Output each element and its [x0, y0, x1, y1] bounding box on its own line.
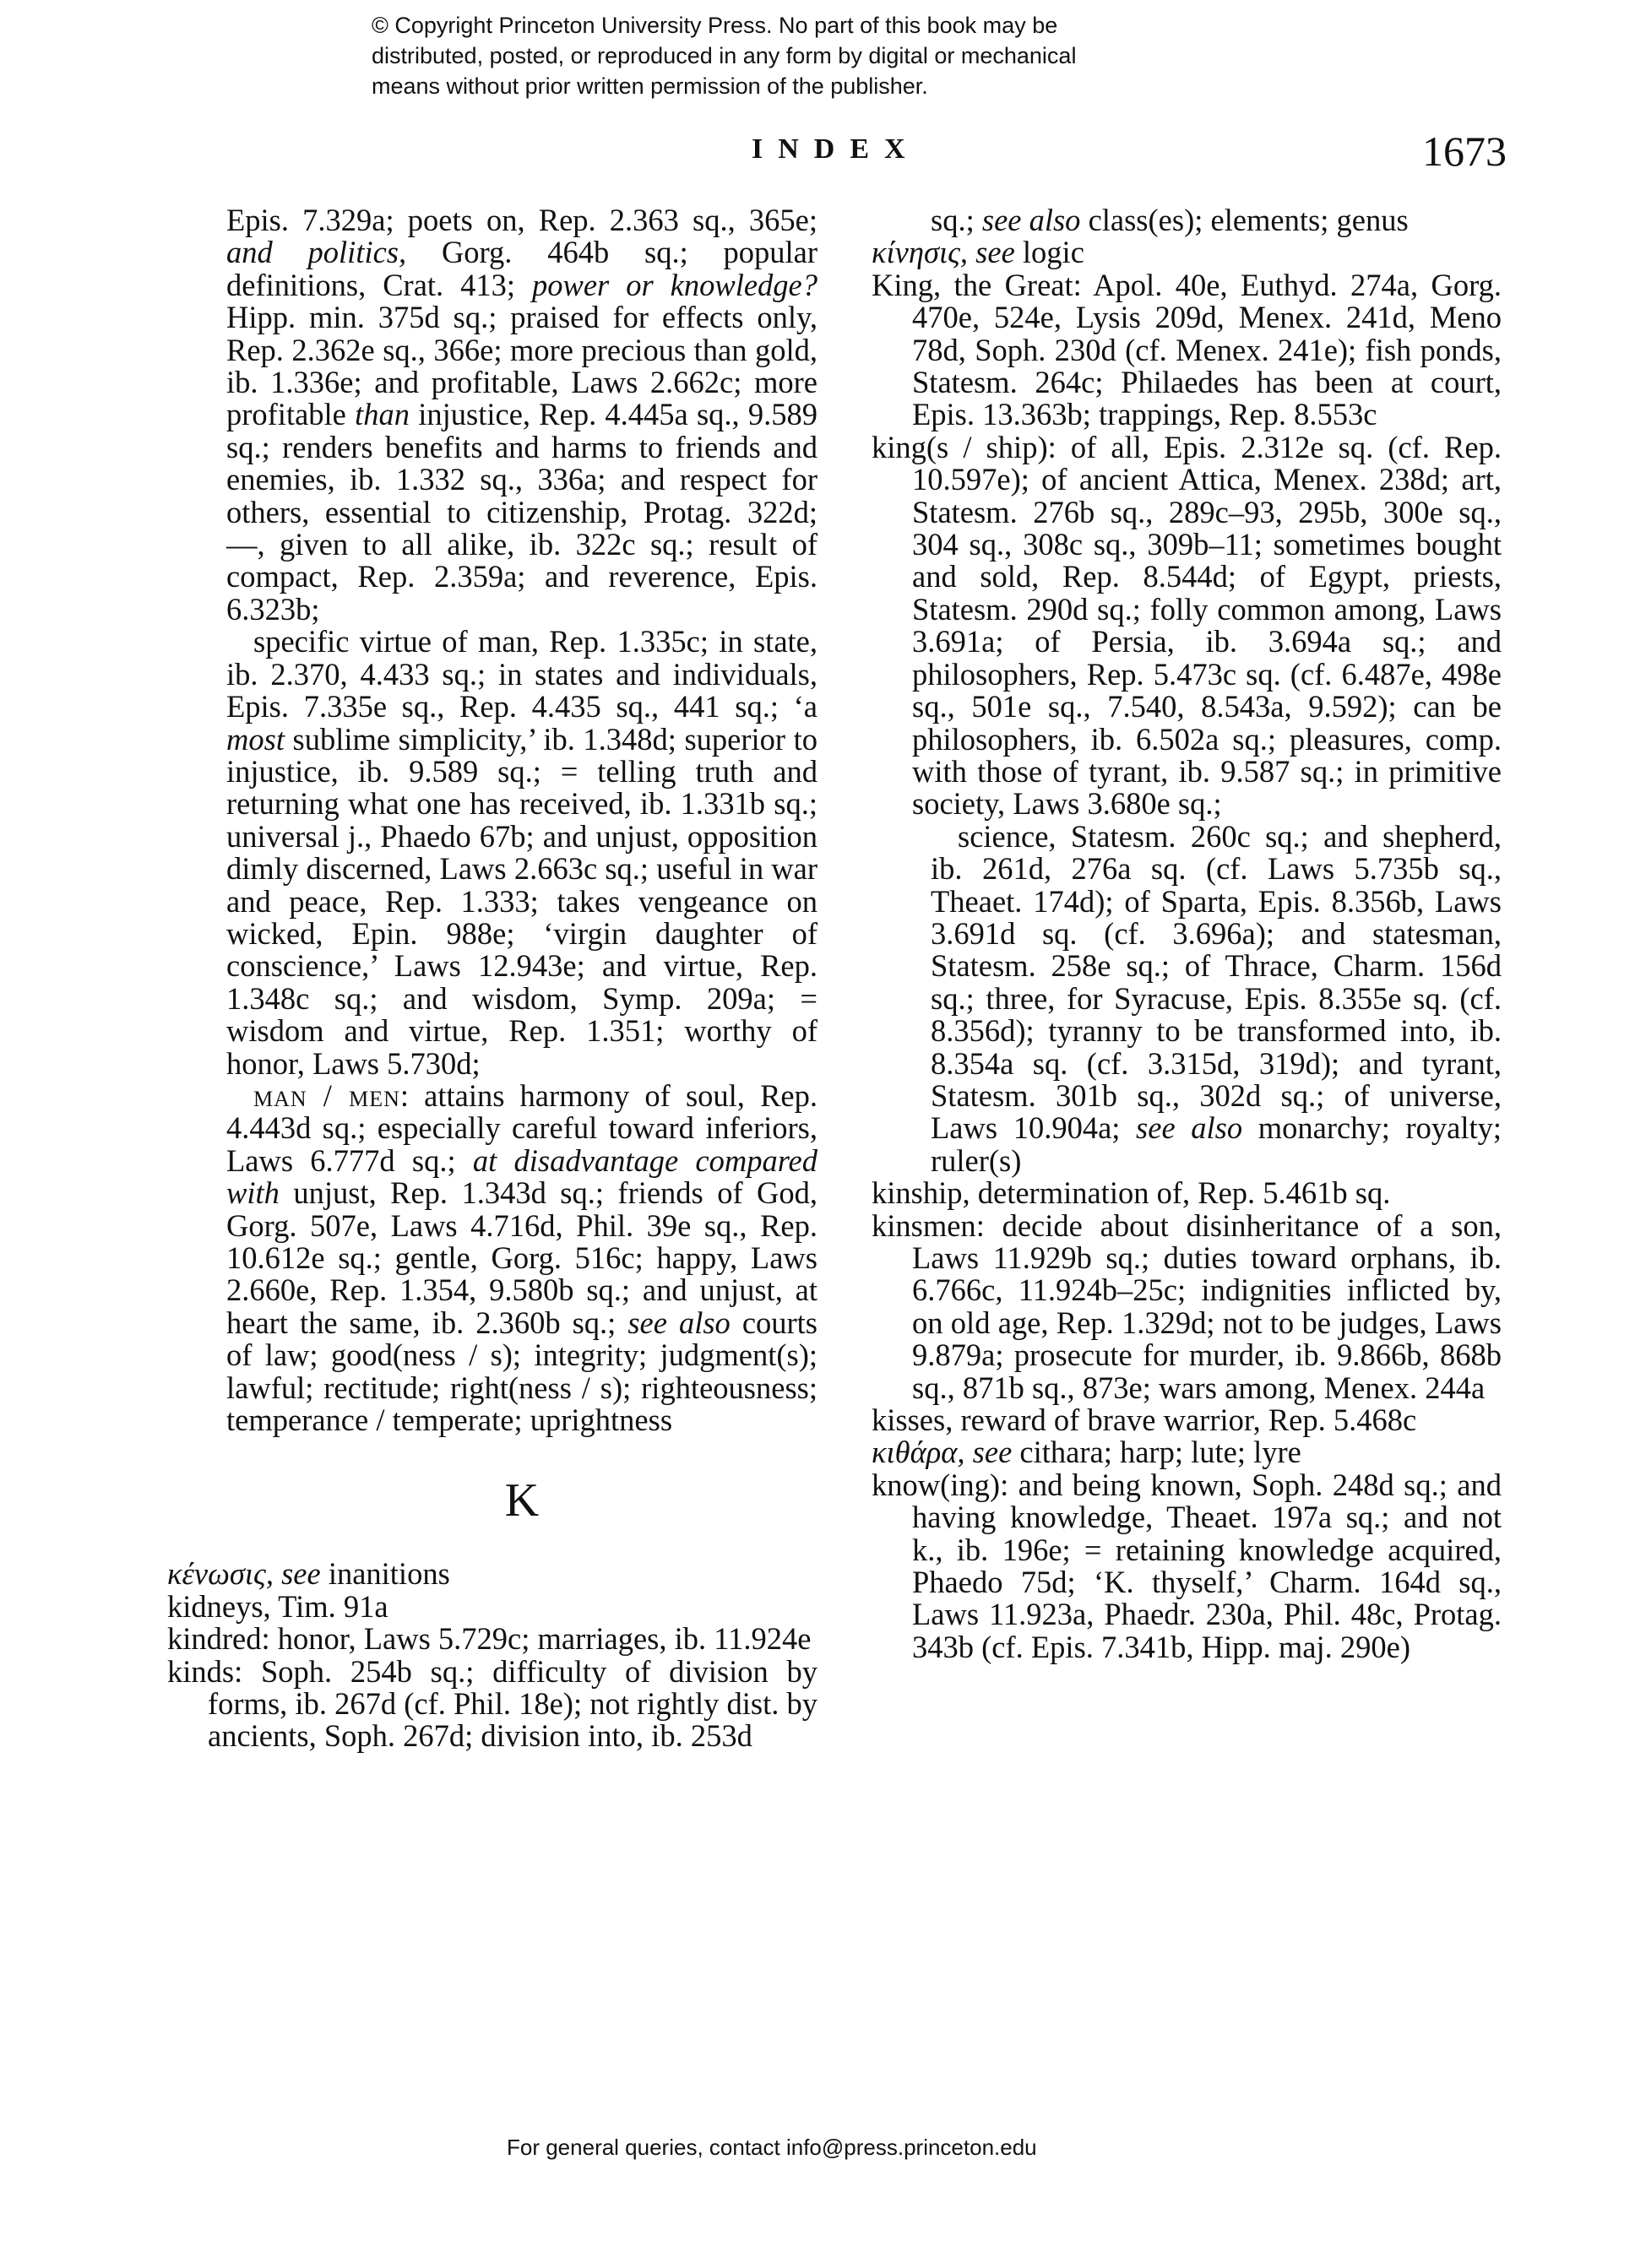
entry-text: cithara; harp; lute; lyre [1012, 1435, 1301, 1469]
index-entry: King, the Great: Apol. 40e, Euthyd. 274a… [872, 269, 1502, 431]
entry-headword: kidneys [167, 1589, 263, 1624]
index-entry: king(s / ship): of all, Epis. 2.312e sq.… [872, 431, 1502, 821]
copyright-line-1: © Copyright Princeton University Press. … [372, 10, 1216, 41]
entry-headword: kinds [167, 1654, 234, 1689]
entry-text: : and being known, Soph. 248d sq.; and h… [912, 1468, 1502, 1664]
index-entry: kisses, reward of brave warrior, Rep. 5.… [872, 1404, 1502, 1436]
entry-italic-text: power or knowledge? [532, 268, 817, 302]
entry-italic-text: most [226, 722, 285, 757]
entry-text: , Tim. 91a [263, 1589, 388, 1624]
index-entry: know(ing): and being known, Soph. 248d s… [872, 1469, 1502, 1663]
copyright-line-2: distributed, posted, or reproduced in an… [372, 41, 1216, 71]
index-entry: kindred: honor, Laws 5.729c; marriages, … [167, 1623, 817, 1655]
entry-headword: κένωσις, see [167, 1556, 321, 1591]
entry-text: class(es); elements; genus [1089, 203, 1409, 237]
copyright-line-3: means without prior written permission o… [372, 71, 1216, 101]
right-entries-list-2: kinship, determination of, Rep. 5.461b s… [872, 1177, 1502, 1663]
entry-text: : decide about disinheritance of a son, … [912, 1208, 1502, 1405]
entry-text: , determination of, Rep. 5.461b sq. [963, 1175, 1391, 1210]
contact-footer: For general queries, contact info@press.… [507, 2135, 1037, 2161]
section-letter-heading: K [167, 1477, 817, 1524]
entry-headword: kinsmen [872, 1208, 976, 1243]
index-entry-continuation: Epis. 7.329a; poets on, Rep. 2.363 sq., … [167, 204, 817, 626]
right-entries-list: κίνησις, see logicKing, the Great: Apol.… [872, 236, 1502, 820]
entry-text: sq.; [931, 203, 975, 237]
copyright-notice: © Copyright Princeton University Press. … [372, 10, 1216, 101]
entry-italic-text: than [355, 397, 410, 431]
entry-italic-text: and politics, [226, 235, 406, 269]
index-entry: κένωσις, see inanitions [167, 1558, 817, 1590]
see-also-label: see also [627, 1305, 730, 1340]
index-entry: kinship, determination of, Rep. 5.461b s… [872, 1177, 1502, 1209]
index-entry: kidneys, Tim. 91a [167, 1591, 817, 1623]
entry-text: : of all, Epis. 2.312e sq. (cf. Rep. 10.… [912, 430, 1502, 821]
index-subentry-man-men: man / men: attains harmony of soul, Rep.… [167, 1080, 817, 1436]
see-also-label: see also [982, 203, 1081, 237]
index-subentry-science: science, Statesm. 260c sq.; and shepherd… [872, 821, 1502, 1177]
entry-text: logic [1015, 235, 1084, 269]
see-also-label: see also [1136, 1110, 1242, 1145]
index-entry: kinds: Soph. 254b sq.; difficulty of div… [167, 1656, 817, 1753]
index-entry: κιθάρα, see cithara; harp; lute; lyre [872, 1436, 1502, 1468]
index-entry-continuation: sq.; see also class(es); elements; genus [872, 204, 1502, 236]
index-subentry-specific-virtue: specific virtue of man, Rep. 1.335c; in … [167, 626, 817, 1080]
entry-text: science, Statesm. 260c sq.; and shepherd… [931, 819, 1502, 1146]
entry-headword: King, the Great [872, 268, 1073, 302]
entry-text: , reward of brave warrior, Rep. 5.468c [945, 1403, 1416, 1437]
entry-headword: kindred [167, 1621, 262, 1656]
left-entries-list: κένωσις, see inanitionskidneys, Tim. 91a… [167, 1558, 817, 1752]
page-number: 1673 [1422, 127, 1507, 176]
entry-text: Epis. 7.329a; poets on, Rep. 2.363 sq., … [226, 203, 817, 237]
right-column: sq.; see also class(es); elements; genus… [872, 204, 1502, 1663]
entry-text: : honor, Laws 5.729c; marriages, ib. 11.… [262, 1621, 812, 1656]
entry-headword: κιθάρα, see [872, 1435, 1012, 1469]
index-entry: kinsmen: decide about disinheritance of … [872, 1210, 1502, 1404]
subentry-label: man / men [253, 1078, 400, 1113]
entry-text: sublime simplicity,’ ib. 1.348d; superio… [226, 722, 817, 1081]
entry-text: specific virtue of man, Rep. 1.335c; in … [226, 624, 817, 724]
entry-text: inanitions [321, 1556, 450, 1591]
entry-headword: king(s / ship) [872, 430, 1048, 464]
entry-text: injustice, Rep. 4.445a sq., 9.589 sq.; r… [226, 397, 817, 626]
entry-headword: kisses [872, 1403, 945, 1437]
left-column: Epis. 7.329a; poets on, Rep. 2.363 sq., … [167, 204, 817, 1753]
entry-text: : Soph. 254b sq.; difficulty of division… [208, 1654, 817, 1754]
running-head: INDEX [752, 133, 921, 165]
entry-headword: know(ing) [872, 1468, 1000, 1502]
entry-headword: kinship [872, 1175, 963, 1210]
index-entry: κίνησις, see logic [872, 236, 1502, 269]
entry-headword: κίνησις, see [872, 235, 1015, 269]
